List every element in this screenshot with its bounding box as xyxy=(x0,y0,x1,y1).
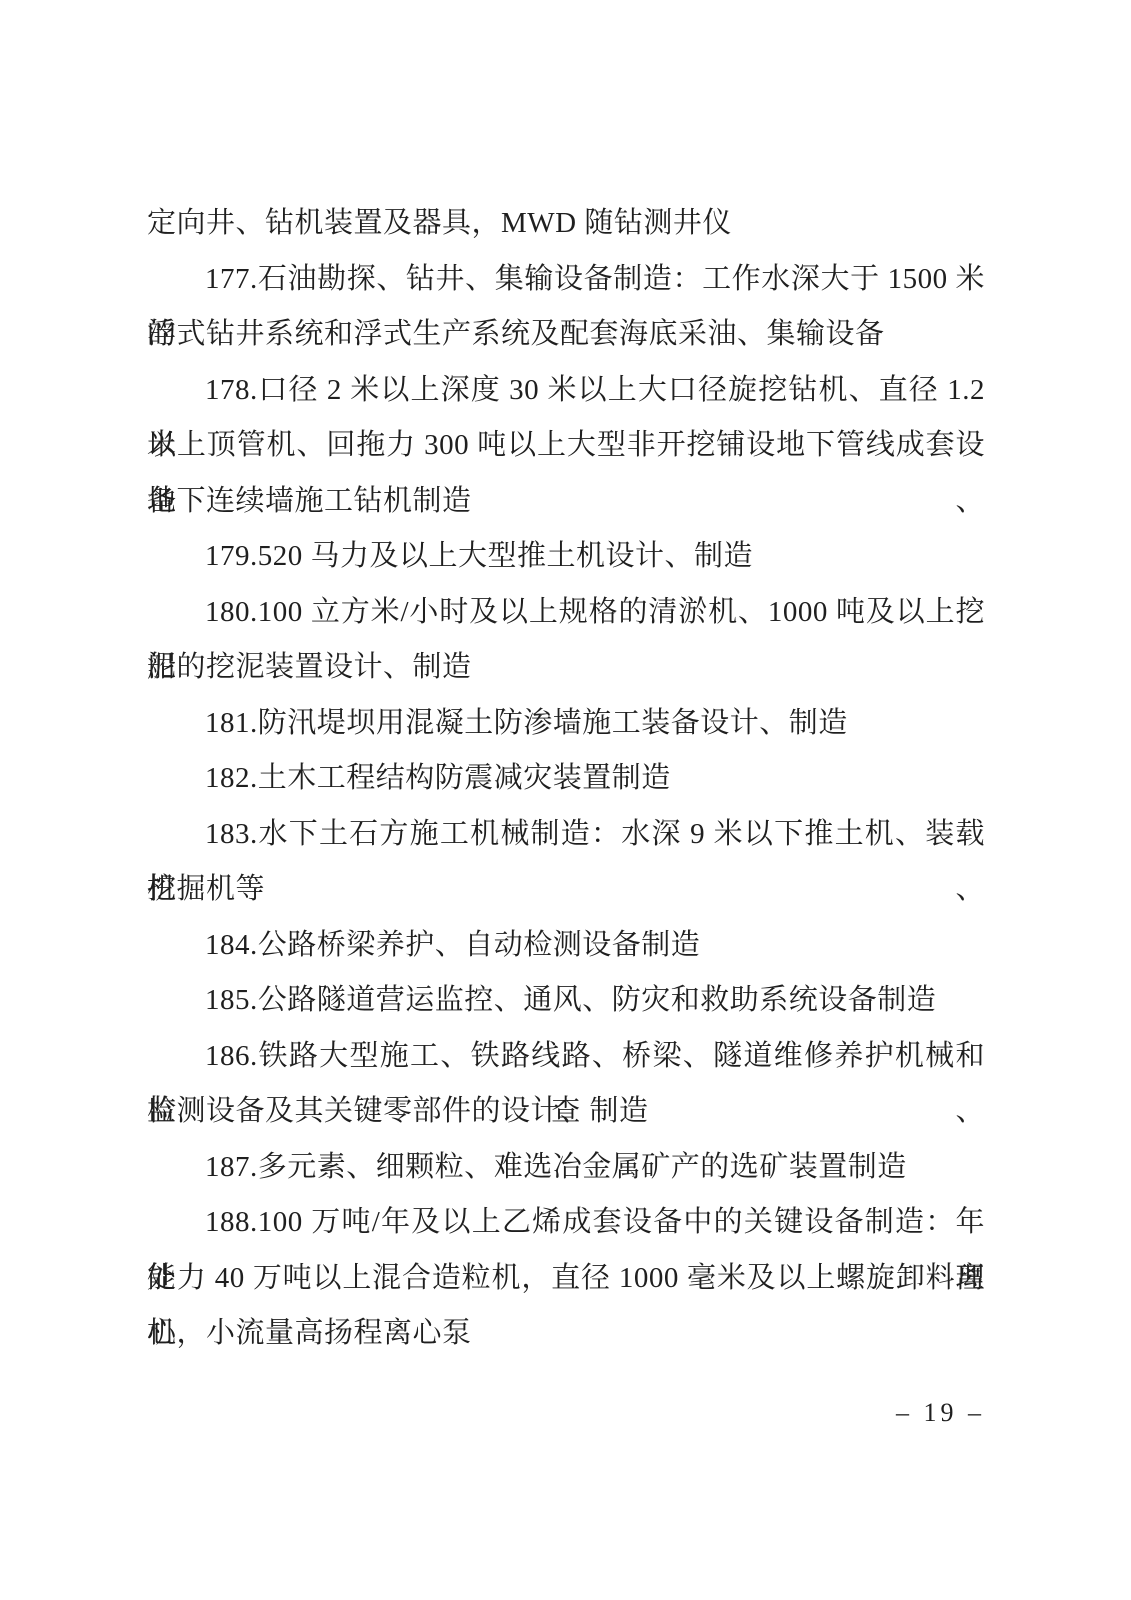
text-line: 180.100 立方米/小时及以上规格的清淤机、1000 吨及以上挖泥 xyxy=(147,585,985,641)
text-line: 定向井、钻机装置及器具，MWD 随钻测井仪 xyxy=(147,196,985,252)
document-body: 定向井、钻机装置及器具，MWD 随钻测井仪177.石油勘探、钻井、集输设备制造：… xyxy=(147,196,985,1362)
text-line: 181.防汛堤坝用混凝土防渗墙施工装备设计、制造 xyxy=(147,696,985,752)
text-line: 185.公路隧道营运监控、通风、防灾和救助系统设备制造 xyxy=(147,973,985,1029)
text-line: 178.口径 2 米以上深度 30 米以上大口径旋挖钻机、直径 1.2 米 xyxy=(147,363,985,419)
text-line: 182.土木工程结构防震减灾装置制造 xyxy=(147,751,985,807)
text-line: 179.520 马力及以上大型推土机设计、制造 xyxy=(147,529,985,585)
text-line: 184.公路桥梁养护、自动检测设备制造 xyxy=(147,918,985,974)
text-line: 以上顶管机、回拖力 300 吨以上大型非开挖铺设地下管线成套设备、 xyxy=(147,418,985,474)
text-line: 能力 40 万吨以上混合造粒机，直径 1000 毫米及以上螺旋卸料离心 xyxy=(147,1251,985,1307)
text-line: 177.石油勘探、钻井、集输设备制造：工作水深大于 1500 米的 xyxy=(147,252,985,308)
text-line: 188.100 万吨/年及以上乙烯成套设备中的关键设备制造：年处理 xyxy=(147,1195,985,1251)
text-line: 183.水下土石方施工机械制造：水深 9 米以下推土机、装载机、 xyxy=(147,807,985,863)
text-line: 船的挖泥装置设计、制造 xyxy=(147,640,985,696)
text-line: 186.铁路大型施工、铁路线路、桥梁、隧道维修养护机械和检查、 xyxy=(147,1029,985,1085)
document-page: 定向井、钻机装置及器具，MWD 随钻测井仪177.石油勘探、钻井、集输设备制造：… xyxy=(0,0,1131,1600)
page-number: – 19 – xyxy=(896,1398,985,1428)
text-line: 浮式钻井系统和浮式生产系统及配套海底采油、集输设备 xyxy=(147,307,985,363)
text-line: 机，小流量高扬程离心泵 xyxy=(147,1306,985,1362)
text-line: 187.多元素、细颗粒、难选冶金属矿产的选矿装置制造 xyxy=(147,1140,985,1196)
